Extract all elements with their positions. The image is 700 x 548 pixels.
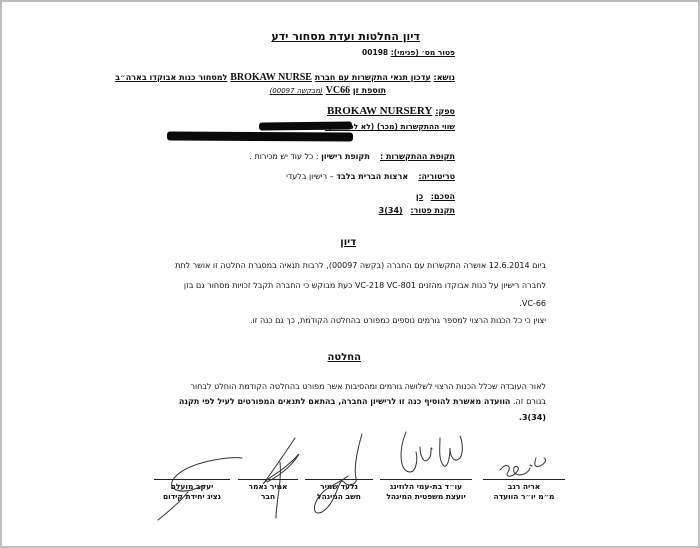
signature-line [380, 479, 472, 480]
subject-text-post: למסחור כנות אבוקדו בארה״ב [115, 73, 227, 82]
subject-variety: VC66 [326, 85, 350, 96]
signatory-name: יעקב מועלם [154, 482, 230, 492]
subject-note: (מבקשה 00097) [270, 87, 323, 95]
engagement-period-value: : כל עוד יש מכירות . [249, 152, 318, 161]
file-number-value: 00198 [362, 48, 388, 57]
signature-stroke [263, 438, 299, 518]
signature-stroke [401, 432, 462, 472]
territory-value-bold: ארצות הברית בלבד [336, 172, 408, 181]
signature-block: יעקב מועלם נציג יחידת קידום [154, 479, 230, 502]
signature-block: עו״ד בת-עמי הלוזינג יועצת משפטית המינהל [380, 479, 472, 502]
subject-text-pre: עדכון תנאי התקשרות עם חברת [315, 73, 431, 82]
signatory-name: אמיר נאמר [238, 482, 298, 492]
signatory-role: מ״מ יו״ר הוועדה [483, 492, 565, 502]
agreement-value: כן [416, 192, 423, 201]
exemption-regulation-value: (34)3 [379, 206, 403, 215]
file-number: פטור מס׳ (פנימי): 00198 [362, 48, 455, 57]
discussion-line: VC-66. [519, 299, 546, 308]
discussion-line: יצוין כי כל הכנות הרצוי למספר גורמים נוס… [250, 316, 546, 325]
signature-line [154, 479, 230, 480]
exemption-regulation-row: תקנת פטור: (34)3 [379, 206, 455, 215]
handwritten-signatures [2, 2, 700, 548]
signature-block: אריה רגב מ״מ יו״ר הוועדה [483, 479, 565, 502]
subject-label: נושא: [434, 73, 455, 82]
subject-company: BROKAW NURSE [230, 72, 312, 83]
signatory-role: חשב המינהל [305, 492, 373, 502]
discussion-heading: דיון [340, 237, 356, 248]
engagement-period-label: תקופת ההתקשרות : [380, 152, 455, 161]
discussion-line: לחברה רישיון על כנות אבוקדו מהזנים VC-21… [184, 281, 546, 290]
file-number-label: פטור מס׳ (פנימי): [391, 48, 455, 57]
territory-label: טריטוריה: [418, 172, 455, 181]
agreement-label: הסכם: [431, 192, 455, 201]
decision-line: (34)3. [519, 413, 546, 422]
engagement-period-value-bold: תקופת רישיון [321, 152, 370, 161]
signatory-name: גלעד שמיר [305, 482, 373, 492]
subject-line-2: תוספת זן VC66 (מבקשה 00097) [270, 85, 386, 96]
decision-heading: החלטה [328, 352, 361, 363]
signature-block: גלעד שמיר חשב המינהל [305, 479, 373, 502]
document-title: דיון החלטות ועדת מסחור ידע [271, 30, 420, 43]
decision-line: בגורם זה. הוועדה מאשרת להוסיף כנה זו לרי… [179, 397, 546, 406]
exemption-regulation-label: תקנת פטור: [410, 206, 455, 215]
territory-value: – רישיון בלעדי [286, 172, 334, 181]
supplier-value: BROKAW NURSERY [327, 105, 432, 117]
territory-row: טריטוריה: ארצות הברית בלבד – רישיון בלעד… [286, 172, 455, 181]
supplier-row: ספק: BROKAW NURSERY [327, 105, 455, 117]
signatory-role: נציג יחידת קידום [154, 492, 230, 502]
supplier-label: ספק: [435, 107, 455, 116]
signature-line [305, 479, 373, 480]
decision-line2-bold: הוועדה מאשרת להוסיף כנה זו לרישיון החברה… [179, 397, 511, 406]
decision-line: לאור העובדה שכלל הכנות הרצוי לשלושה גורמ… [190, 382, 546, 391]
signatory-role: חבר [238, 492, 298, 502]
signatory-name: עו״ד בת-עמי הלוזינג [380, 482, 472, 492]
agreement-row: הסכם: כן [416, 192, 455, 201]
subject-line-1: נושא: עדכון תנאי התקשרות עם חברת BROKAW … [115, 72, 455, 83]
signatory-role: יועצת משפטית המינהל [380, 492, 472, 502]
signature-stroke [500, 458, 546, 476]
signature-line [483, 479, 565, 480]
signatory-name: אריה רגב [483, 482, 565, 492]
engagement-period-row: תקופת ההתקשרות : תקופת רישיון : כל עוד י… [249, 152, 455, 161]
document-viewer-frame: דיון החלטות ועדת מסחור ידע פטור מס׳ (פני… [0, 0, 700, 548]
signature-block: אמיר נאמר חבר [238, 479, 298, 502]
signature-line [238, 479, 298, 480]
subject-line2-pre: תוספת זן [353, 86, 386, 95]
redaction-bar [259, 122, 352, 131]
document-page: דיון החלטות ועדת מסחור ידע פטור מס׳ (פני… [2, 2, 698, 546]
decision-line2-pre: בגורם זה. [513, 397, 546, 406]
redaction-bar [167, 132, 353, 142]
discussion-line: ביום 12.6.2014 אושרה התקשרות עם החברה (ב… [175, 261, 546, 270]
